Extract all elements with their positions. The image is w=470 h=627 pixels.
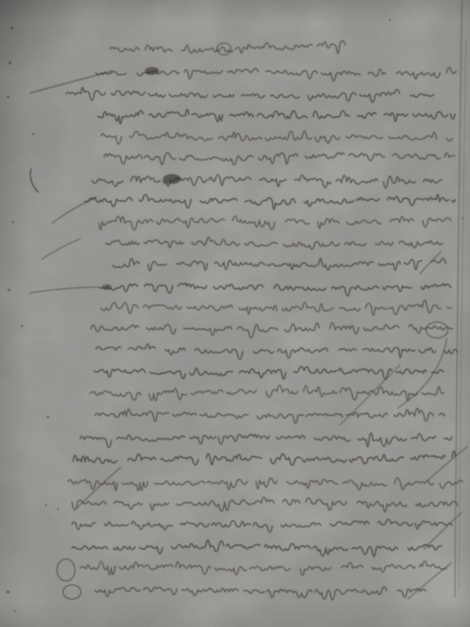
paper-speck (21, 325, 23, 327)
paper-speck (389, 19, 391, 21)
ink-blot (102, 284, 112, 290)
paper-speck (9, 62, 12, 65)
paper-speck (8, 289, 10, 291)
paper-speck (11, 27, 13, 29)
paper-speck (7, 96, 9, 98)
paper-speck (12, 221, 14, 223)
paper-speck (47, 416, 49, 418)
ink-blot (163, 174, 181, 184)
paper-speck (32, 133, 34, 135)
manuscript-scan-page (0, 0, 470, 627)
paper-speck (57, 508, 59, 510)
paper-speck (45, 504, 47, 506)
paper-speck (14, 610, 16, 612)
ink-blot (145, 67, 159, 75)
paper-speck (7, 591, 10, 594)
manuscript-render-svg (0, 0, 470, 627)
